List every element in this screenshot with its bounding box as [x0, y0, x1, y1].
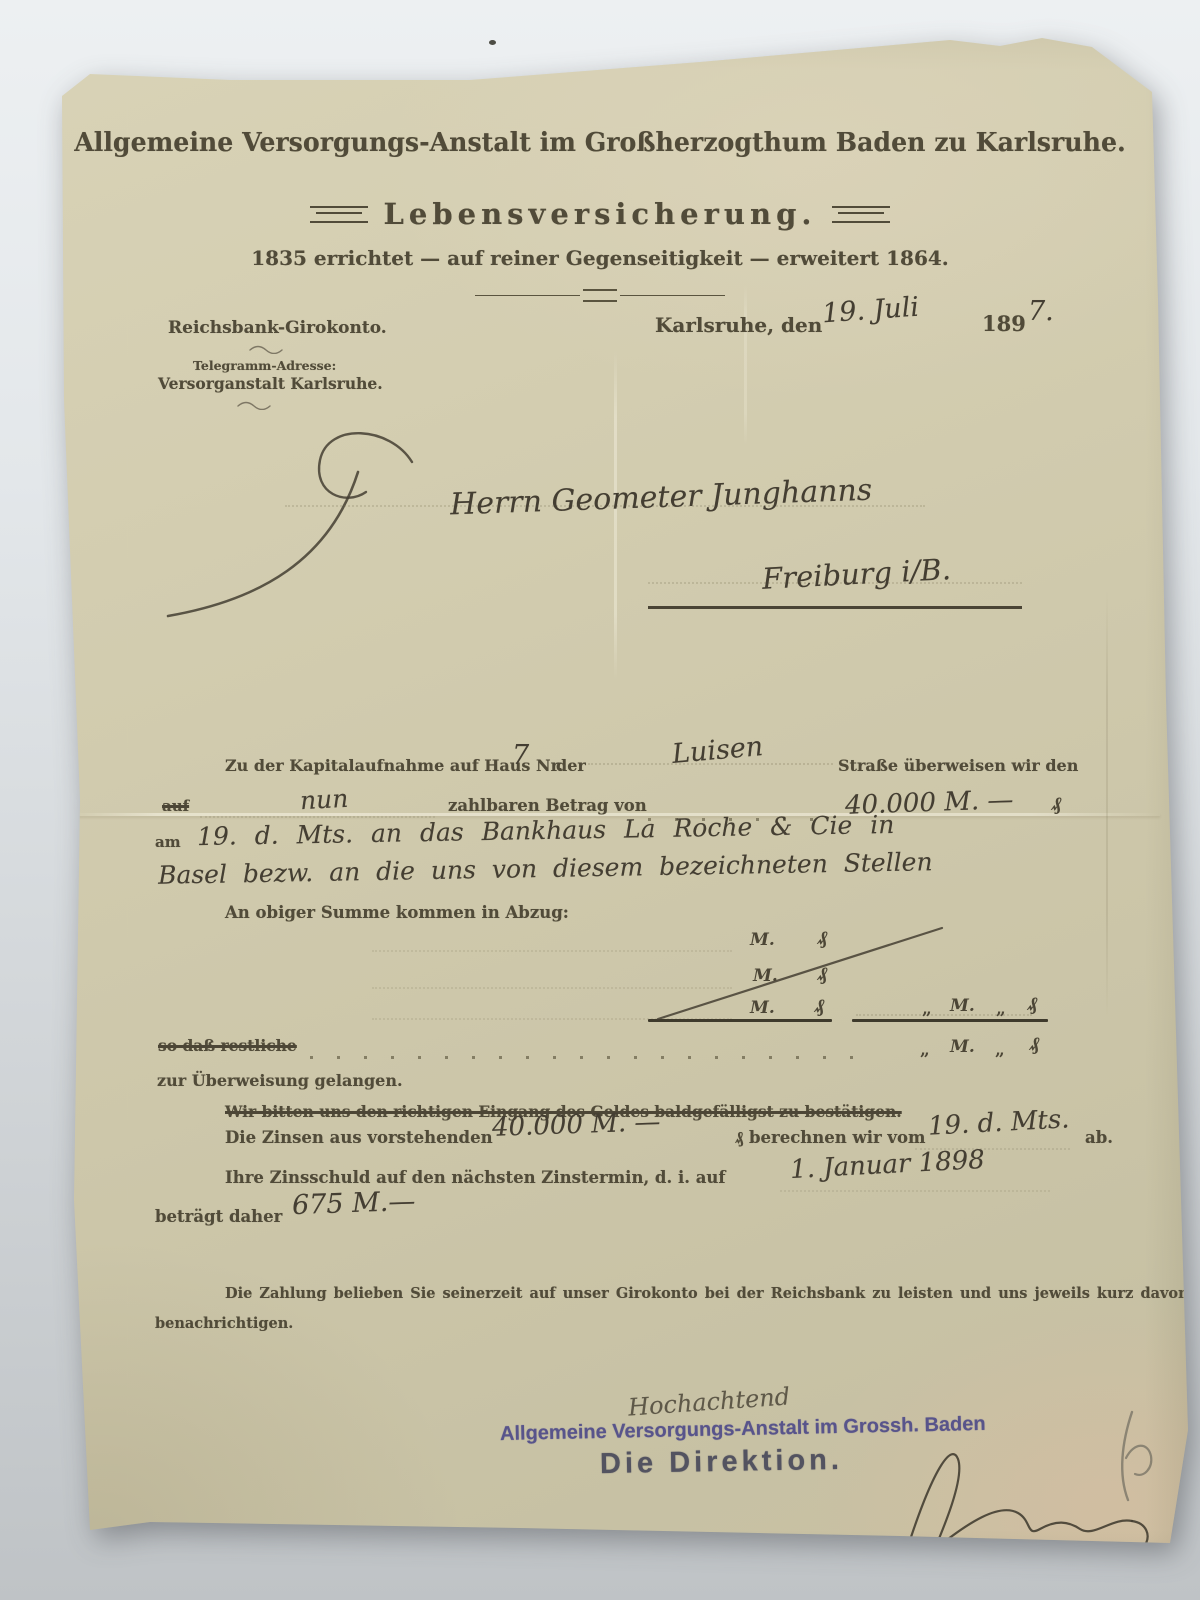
triple-rule-left-icon — [310, 206, 368, 223]
letterhead-title: Allgemeine Versorgungs-Anstalt im Großhe… — [18, 128, 1182, 158]
body-line1-mid: der — [556, 756, 586, 775]
girokonto-label: Reichsbank-Girokonto. — [168, 318, 387, 338]
rest-pfennig: ₰ — [1030, 1033, 1040, 1056]
dateline-year-digit-handwritten: 7. — [1028, 296, 1054, 327]
photo-of-document: Allgemeine Versorgungs-Anstalt im Großhe… — [0, 0, 1200, 1600]
fold-crease-right — [1106, 590, 1108, 1020]
fold-crease-vertical-2 — [744, 285, 747, 445]
dateline-day-month-handwritten: 19. Juli — [821, 292, 920, 330]
zinsen-mid: ₰ berechnen wir vom — [735, 1128, 925, 1148]
rest-mark: M. — [950, 1037, 975, 1057]
so-dass-struck: so daß restliche — [158, 1036, 297, 1055]
stamp-line2: Die Direktion. — [600, 1444, 843, 1481]
handwriting-flourish — [150, 420, 440, 630]
struck-word-auf: auf — [162, 797, 189, 815]
flourish-mark — [248, 344, 288, 354]
paper-sheet: Allgemeine Versorgungs-Anstalt im Großhe… — [0, 0, 1200, 1600]
letterhead-subtitle: Lebensversicherung. — [384, 197, 817, 231]
paper-surface: Allgemeine Versorgungs-Anstalt im Großhe… — [0, 0, 1200, 1600]
rest-ditto-2: „ — [995, 1040, 1005, 1060]
closing-word-handwritten: Hochachtend — [627, 1382, 791, 1421]
body-line2-label: zahlbaren Betrag von — [448, 796, 647, 815]
cancellation-slash — [640, 915, 960, 1030]
bank-line2-handwritten: Basel bezw. an die uns von diesem bezeic… — [158, 847, 933, 890]
zahlung-note-line1: Die Zahlung belieben Sie seinerzeit auf … — [225, 1285, 1200, 1302]
zinsen-amount-handwritten: 40.000 M. — — [492, 1107, 661, 1143]
betraegt-label: beträgt daher — [155, 1207, 282, 1226]
zinsen-post: ab. — [1085, 1128, 1113, 1147]
addressee-city-handwritten: Freiburg i/B. — [761, 552, 951, 596]
triple-rule-right-icon — [832, 206, 890, 223]
termin-handwritten: 1. Januar 1898 — [789, 1145, 985, 1185]
restliche-dotfill — [310, 1056, 870, 1059]
nun-handwritten: nun — [299, 784, 349, 815]
zinsen-pre: Die Zinsen aus vorstehenden — [225, 1128, 493, 1147]
dateline-year-printed: 189 — [982, 311, 1026, 336]
telegram-address: Versorganstalt Karlsruhe. — [158, 374, 383, 393]
am-label: am — [155, 833, 181, 851]
dateline-place: Karlsruhe, den — [655, 313, 822, 337]
rest-ditto-1: „ — [920, 1040, 930, 1060]
total-ditto-2: „ — [996, 999, 1006, 1019]
betrag-handwritten: 675 M.— — [291, 1186, 415, 1221]
zinsen-from-handwritten: 19. d. Mts. — [927, 1104, 1070, 1141]
divider-ornament — [475, 289, 725, 302]
zahlung-note-line2: benachrichtigen. — [155, 1315, 293, 1332]
body-line1-post: Straße überweisen wir den — [838, 756, 1078, 775]
pfennig-sign: ₰ — [1052, 793, 1062, 816]
zinsschuld-label: Ihre Zinsschuld auf den nächsten Zinster… — [225, 1168, 726, 1187]
haus-nr-handwritten: 7 — [512, 740, 529, 771]
total-pfennig: ₰ — [1028, 993, 1038, 1016]
flourish-mark-2 — [236, 400, 276, 410]
pencil-initials — [1098, 1400, 1178, 1510]
founding-line: 1835 errichtet — auf reiner Gegenseitigk… — [0, 246, 1200, 270]
ueberweisung-label: zur Überweisung gelangen. — [157, 1071, 403, 1090]
termin-rule — [780, 1190, 1050, 1192]
telegram-label: Telegramm-Adresse: — [193, 358, 336, 373]
addressee-name-handwritten: Herrn Geometer Junghanns — [450, 473, 873, 523]
abzug-label: An obiger Summe kommen in Abzug: — [225, 903, 569, 922]
addressee-city-underline — [648, 606, 1022, 609]
